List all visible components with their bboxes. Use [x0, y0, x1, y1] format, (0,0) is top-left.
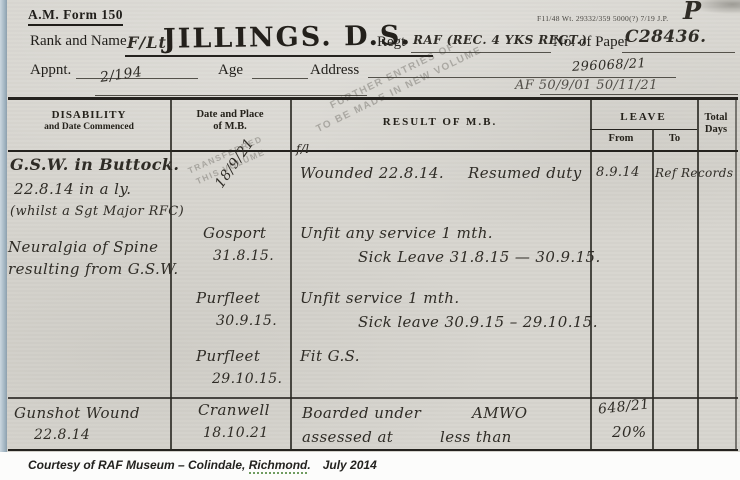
handwritten-entry: Resumed duty [468, 164, 582, 182]
file-reference-handwritten: AF 50/9/01 50/11/21 [515, 78, 658, 93]
handwritten-entry: 20% [612, 423, 647, 441]
handwritten-entry: Cranwell [198, 401, 270, 419]
image-caption: Courtesy of RAF Museum – Colindale, Rich… [28, 458, 377, 472]
divider-line [622, 52, 735, 53]
handwritten-entry: 648/21 [597, 396, 650, 417]
divider-line [8, 449, 738, 451]
col-header-date-place-sub: of M.B. [170, 121, 290, 132]
handwritten-entry: 8.9.14 [596, 165, 640, 180]
handwritten-entry: AMWO [472, 404, 528, 422]
caption-text: Courtesy of RAF Museum – Colindale, [28, 458, 249, 472]
name-handwritten: JILLINGS. D.S. [163, 20, 412, 54]
handwritten-entry: Fit G.S. [300, 347, 360, 365]
handwritten-entry: Purfleet [196, 289, 260, 307]
handwritten-entry: Sick Leave 31.8.15 — 30.9.15. [358, 248, 601, 266]
appnt-handwritten: 2/194 [99, 64, 143, 86]
handwritten-entry: Purfleet [196, 347, 260, 365]
print-reference: F11/48 Wt. 29332/359 5000(?) 7/19 J.P. [537, 14, 668, 23]
handwritten-entry: Ref Records [655, 166, 733, 180]
col-header-to: To [652, 133, 697, 144]
handwritten-entry: assessed at [302, 428, 393, 446]
rank-name-label: Rank and Name [30, 33, 127, 50]
rank-prefix-handwritten: F/Lt [127, 33, 167, 52]
divider-line [540, 94, 738, 95]
col-header-from: From [590, 133, 652, 144]
caption-underlined-word: Richmond [249, 458, 308, 474]
form-card: A.M. Form 150 F11/48 Wt. 29332/359 5000(… [0, 0, 740, 452]
handwritten-entry: resulting from G.S.W. [8, 260, 179, 278]
divider-line [125, 55, 433, 57]
handwritten-entry: 22.8.14 in a ly. [14, 180, 131, 198]
regt-label: Regt [377, 34, 405, 51]
col-header-disability-sub: and Date Commenced [8, 122, 170, 132]
age-label: Age [218, 62, 243, 79]
col-header-result: RESULT OF M.B. [290, 116, 590, 128]
handwritten-entry: less than [440, 428, 512, 446]
divider-line [590, 100, 592, 450]
handwritten-entry: 18.10.21 [203, 425, 269, 441]
col-header-total-sub: Days [697, 124, 735, 135]
handwritten-entry: 30.9.15. [216, 313, 277, 329]
handwritten-entry: Gunshot Wound [14, 404, 140, 422]
paper-number-handwritten: C28436. [625, 27, 706, 47]
handwritten-entry: G.S.W. in Buttock. [10, 155, 179, 174]
divider-line [697, 100, 699, 450]
col-header-date-place: Date and Place [170, 109, 290, 120]
caption-bar: Courtesy of RAF Museum – Colindale, Rich… [0, 452, 740, 480]
handwritten-entry: 29.10.15. [212, 371, 282, 387]
handwritten-entry: Boarded under [302, 404, 421, 422]
form-number: A.M. Form 150 [28, 7, 123, 26]
service-number-handwritten: 296068/21 [572, 56, 647, 75]
scan-left-edge [0, 0, 7, 452]
handwritten-entry: Unfit any service 1 mth. [300, 224, 493, 242]
divider-line [95, 95, 367, 96]
divider-line [8, 150, 738, 152]
divider-line [252, 78, 308, 79]
col-header-total: Total [697, 112, 735, 123]
handwritten-entry: 22.8.14 [34, 427, 90, 443]
handwritten-entry: 31.8.15. [213, 248, 274, 264]
divider-line [735, 100, 737, 450]
handwritten-entry: Sick leave 30.9.15 – 29.10.15. [358, 313, 598, 331]
appnt-label: Appnt. [30, 62, 71, 79]
caption-text: . July 2014 [307, 458, 376, 472]
divider-line [8, 97, 738, 100]
page-letter-handwritten: P [683, 0, 701, 25]
handwritten-entry: Gosport [203, 224, 266, 242]
handwritten-entry: Neuralgia of Spine [8, 238, 158, 256]
divider-line [652, 129, 654, 450]
handwritten-entry: Wounded 22.8.14. [300, 164, 444, 182]
handwritten-entry: (whilst a Sgt Major RFC) [10, 204, 184, 219]
scanned-medical-record-card: A.M. Form 150 F11/48 Wt. 29332/359 5000(… [0, 0, 740, 480]
handwritten-entry: Unfit service 1 mth. [300, 289, 460, 307]
col-header-leave: LEAVE [590, 111, 697, 123]
col-header-disability: DISABILITY [8, 109, 170, 121]
divider-line [290, 100, 292, 450]
address-label: Address [310, 62, 359, 79]
annotation-mark: f/l [296, 142, 310, 156]
divider-line [590, 129, 697, 130]
paper-number-label: No. of Paper [553, 34, 629, 51]
